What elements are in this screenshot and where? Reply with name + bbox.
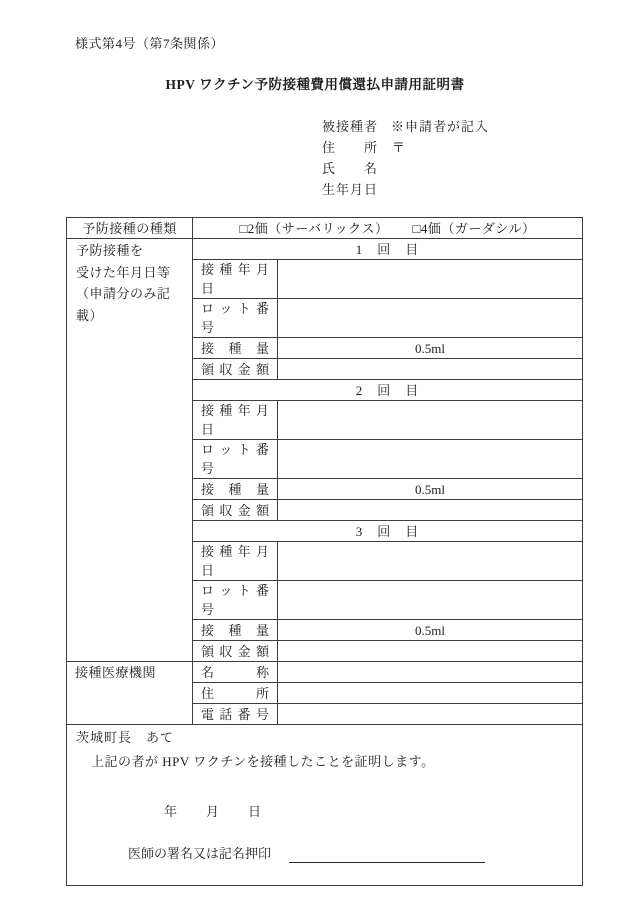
recipient-heading-line: 被接種者※申請者が記入 bbox=[322, 116, 630, 137]
round-3-lot-label-cell: ロ ッ ト 番 号 bbox=[193, 581, 278, 620]
recipient-name-label: 氏 名 bbox=[322, 158, 630, 179]
round-3-header-cell: 3 回 目 bbox=[193, 521, 583, 542]
date-line: 年 月 日 bbox=[164, 802, 582, 821]
addressee-line: 茨城町長 あて bbox=[76, 728, 582, 747]
round-1-lot-value-cell bbox=[278, 299, 583, 338]
round-2-fee-value-cell bbox=[278, 500, 583, 521]
left-header-line: （申請分のみ記載） bbox=[76, 283, 188, 326]
round-3-lot-value-cell bbox=[278, 581, 583, 620]
left-header-line: 予防接種を bbox=[76, 240, 188, 262]
round-2-header-cell: 2 回 目 bbox=[193, 380, 583, 401]
signature-label: 医師の署名又は記名押印 bbox=[128, 844, 271, 863]
round-1-date-label-cell: 接 種 年 月 日 bbox=[193, 260, 278, 299]
document-page: 様式第4号（第7条関係） HPV ワクチン予防接種費用償還払申請用証明書 被接種… bbox=[0, 0, 630, 903]
round-2-fee-label-cell: 領 収 金 額 bbox=[193, 500, 278, 521]
round-1-amount-label-cell: 接 種 量 bbox=[193, 338, 278, 359]
recipient-note: ※申請者が記入 bbox=[391, 119, 489, 134]
round-1-fee-value-cell bbox=[278, 359, 583, 380]
vaccination-table: 予防接種の種類 □2価（サーバリックス）□4価（ガーダシル） 予防接種を 受けた… bbox=[66, 217, 583, 886]
table-row: 接種医療機関 名 称 bbox=[67, 662, 583, 683]
institution-address-label-cell: 住 所 bbox=[193, 683, 278, 704]
left-header-line: 受けた年月日等 bbox=[76, 262, 188, 284]
round-2-lot-value-cell bbox=[278, 440, 583, 479]
round-1-amount-value-cell: 0.5ml bbox=[278, 338, 583, 359]
round-1-date-value-cell bbox=[278, 260, 583, 299]
institution-phone-label-cell: 電 話 番 号 bbox=[193, 704, 278, 725]
recipient-block: 被接種者※申請者が記入 住 所 〒 氏 名 生年月日 bbox=[322, 116, 630, 200]
round-2-date-value-cell bbox=[278, 401, 583, 440]
vaccine-type-label-cell: 予防接種の種類 bbox=[67, 218, 193, 239]
vaccination-dates-header-cell: 予防接種を 受けた年月日等 （申請分のみ記載） bbox=[67, 239, 193, 662]
round-3-date-label-cell: 接 種 年 月 日 bbox=[193, 542, 278, 581]
round-3-date-value-cell bbox=[278, 542, 583, 581]
round-2-lot-label-cell: ロ ッ ト 番 号 bbox=[193, 440, 278, 479]
round-2-date-label-cell: 接 種 年 月 日 bbox=[193, 401, 278, 440]
signature-underline bbox=[289, 848, 485, 863]
round-2-amount-label-cell: 接 種 量 bbox=[193, 479, 278, 500]
institution-header-cell: 接種医療機関 bbox=[67, 662, 193, 725]
form-number: 様式第4号（第7条関係） bbox=[0, 0, 630, 52]
checkbox-option-2valent: □2価（サーバリックス） bbox=[239, 221, 388, 236]
institution-name-value-cell bbox=[278, 662, 583, 683]
table-row: 茨城町長 あて 上記の者が HPV ワクチンを接種したことを証明します。 年 月… bbox=[67, 725, 583, 886]
round-1-lot-label-cell: ロ ッ ト 番 号 bbox=[193, 299, 278, 338]
signature-row: 医師の署名又は記名押印 bbox=[128, 844, 582, 863]
round-3-fee-label-cell: 領 収 金 額 bbox=[193, 641, 278, 662]
round-3-fee-value-cell bbox=[278, 641, 583, 662]
round-2-amount-value-cell: 0.5ml bbox=[278, 479, 583, 500]
institution-phone-value-cell bbox=[278, 704, 583, 725]
recipient-heading: 被接種者 bbox=[322, 119, 378, 134]
checkbox-option-4valent: □4価（ガーダシル） bbox=[413, 221, 536, 236]
table-row: 予防接種の種類 □2価（サーバリックス）□4価（ガーダシル） bbox=[67, 218, 583, 239]
round-1-fee-label-cell: 領 収 金 額 bbox=[193, 359, 278, 380]
institution-address-value-cell bbox=[278, 683, 583, 704]
institution-name-label-cell: 名 称 bbox=[193, 662, 278, 683]
recipient-birthdate-label: 生年月日 bbox=[322, 179, 630, 200]
recipient-address-label: 住 所 〒 bbox=[322, 137, 630, 158]
page-title: HPV ワクチン予防接種費用償還払申請用証明書 bbox=[0, 73, 630, 93]
vaccine-type-options-cell: □2価（サーバリックス）□4価（ガーダシル） bbox=[193, 218, 583, 239]
certification-cell: 茨城町長 あて 上記の者が HPV ワクチンを接種したことを証明します。 年 月… bbox=[67, 725, 583, 886]
round-3-amount-label-cell: 接 種 量 bbox=[193, 620, 278, 641]
certification-statement: 上記の者が HPV ワクチンを接種したことを証明します。 bbox=[91, 752, 582, 771]
round-1-header-cell: 1 回 目 bbox=[193, 239, 583, 260]
round-3-amount-value-cell: 0.5ml bbox=[278, 620, 583, 641]
table-row: 予防接種を 受けた年月日等 （申請分のみ記載） 1 回 目 bbox=[67, 239, 583, 260]
